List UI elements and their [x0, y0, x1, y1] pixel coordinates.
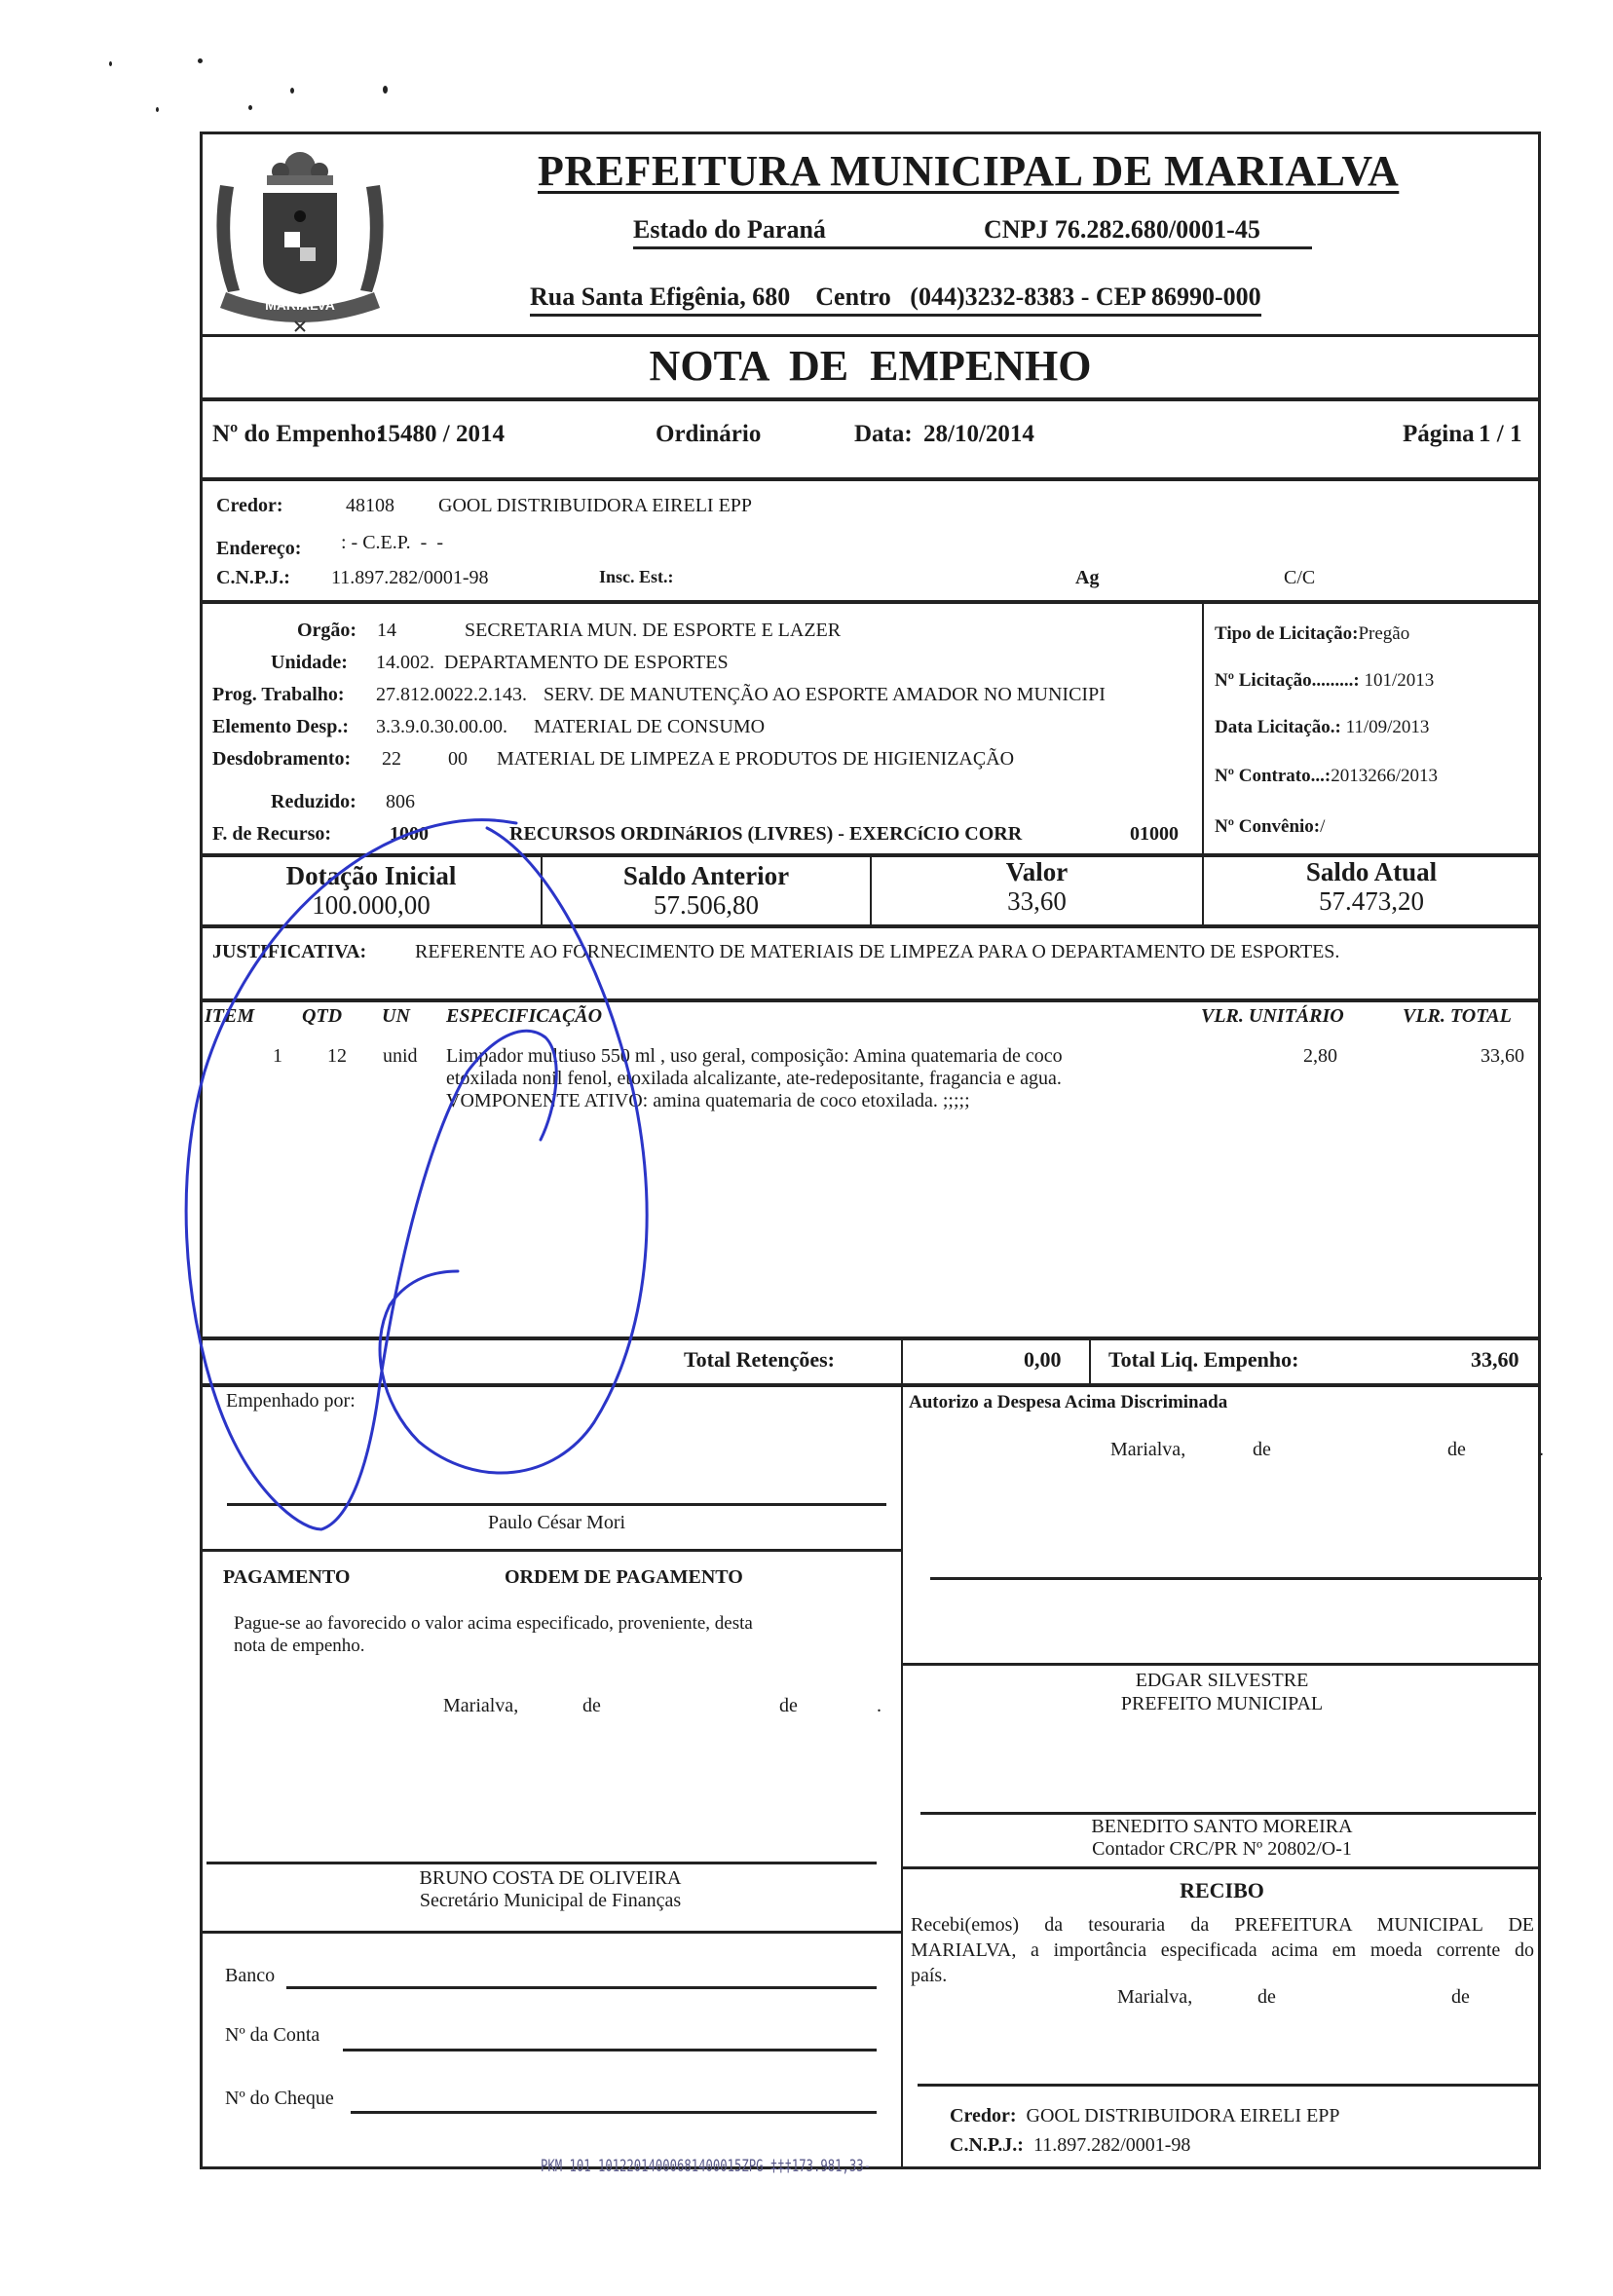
handwritten-signature — [0, 0, 1613, 2296]
